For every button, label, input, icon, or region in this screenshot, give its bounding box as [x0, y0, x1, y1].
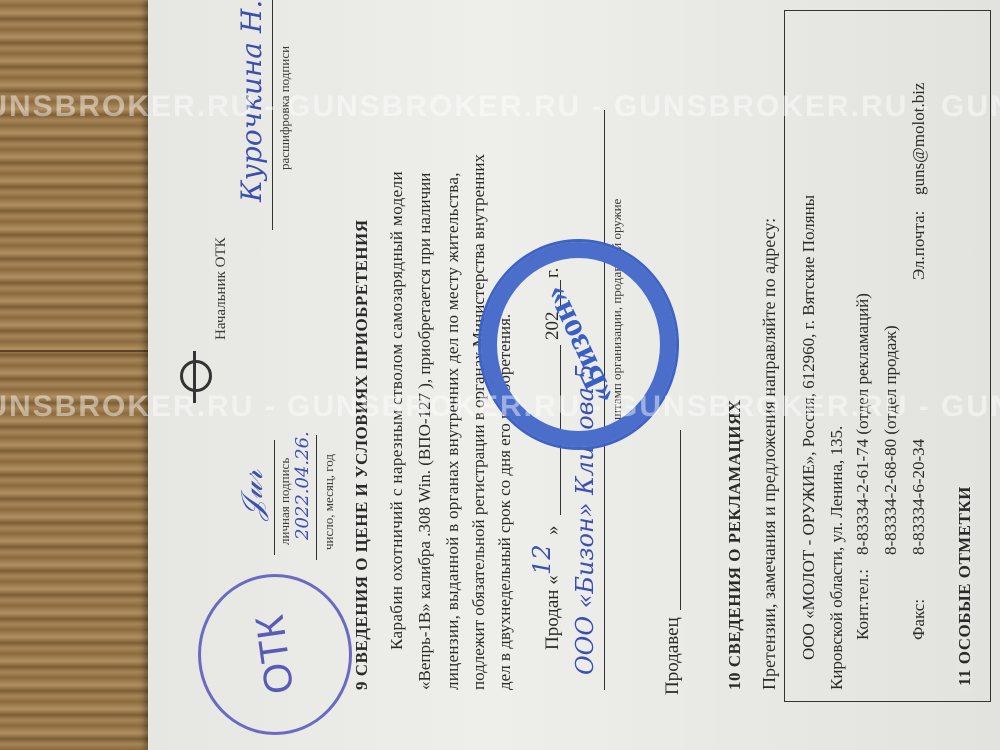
otk-name-line — [272, 0, 273, 230]
section11-title: 11 ОСОБЫЕ ОТМЕТКИ — [956, 482, 973, 690]
contact-company: ООО «МОЛОТ - ОРУЖИЕ», Россия, 612960, г.… — [800, 195, 817, 660]
section9-title: 9 СВЕДЕНИЯ О ЦЕНЕ И УСЛОВИЯХ ПРИОБРЕТЕНИ… — [353, 219, 370, 690]
otk-date: 2022.04.26. — [294, 431, 312, 540]
sold-day: 12 — [530, 544, 554, 575]
otk-chief-label: Начальник ОТК — [214, 237, 229, 340]
section9-line: Карабин охотничий с нарезным стволом сам… — [388, 171, 405, 650]
contact-phone-1: 8-83334-2-61-74 (отдел рекламаций) — [854, 293, 871, 555]
otk-personal-caption: личная подпись — [278, 458, 291, 545]
otk-name-caption: расшифровка подписи — [278, 46, 291, 170]
bizon-stamp: «Бизон» — [478, 239, 679, 450]
contact-fax: 8-83334-6-20-34 — [910, 439, 927, 555]
otk-stamp: ОТК — [198, 574, 352, 735]
contact-fax-label: Факс: — [910, 599, 927, 640]
section9-line: лицензии, выданной в органах внутренних … — [444, 172, 461, 690]
otk-signature-name: Курочкина Н.Т. — [238, 0, 266, 202]
contact-email-label: Эл.почта: — [910, 211, 927, 280]
molot-logo-icon — [180, 360, 212, 392]
otk-stamp-text: ОТК — [247, 612, 303, 696]
section10-intro: Претензии, замечания и предложения напра… — [760, 218, 778, 690]
sold-close: » — [543, 526, 562, 536]
seller-label: Продавец — [663, 617, 682, 695]
otk-date-caption: число, месяц, год — [322, 454, 335, 550]
seller-line — [680, 430, 681, 610]
otk-personal-signature: 𝒥𝓊𝓇 — [238, 470, 268, 520]
section9-line: «Вепрь-1В» калибра .308 Win. (ВПО-127 ),… — [416, 173, 433, 690]
contact-phone-label: Конт.тел.: — [854, 569, 871, 640]
otk-sign-line — [274, 440, 275, 555]
document-page: Начальник ОТК Курочкина Н.Т. расшифровка… — [148, 0, 1000, 750]
sold-label: Продан « — [543, 575, 562, 650]
contact-email-link[interactable]: guns@molot.biz — [910, 83, 927, 195]
document-paper: Начальник ОТК Курочкина Н.Т. расшифровка… — [148, 0, 1000, 750]
otk-date-line — [316, 435, 317, 560]
section10-title: 10 СВЕДЕНИЯ О РЕКЛАМАЦИЯХ — [726, 399, 743, 690]
contact-address: Кировской области, ул. Ленина, 135. — [828, 426, 845, 690]
section9-line: подлежит обязательной регистрации в орга… — [470, 154, 487, 690]
wood-seam — [0, 350, 150, 352]
bizon-stamp-center: «Бизон» — [535, 279, 623, 409]
contact-phone-2: 8-83334-2-68-80 (отдел продаж) — [882, 325, 899, 555]
